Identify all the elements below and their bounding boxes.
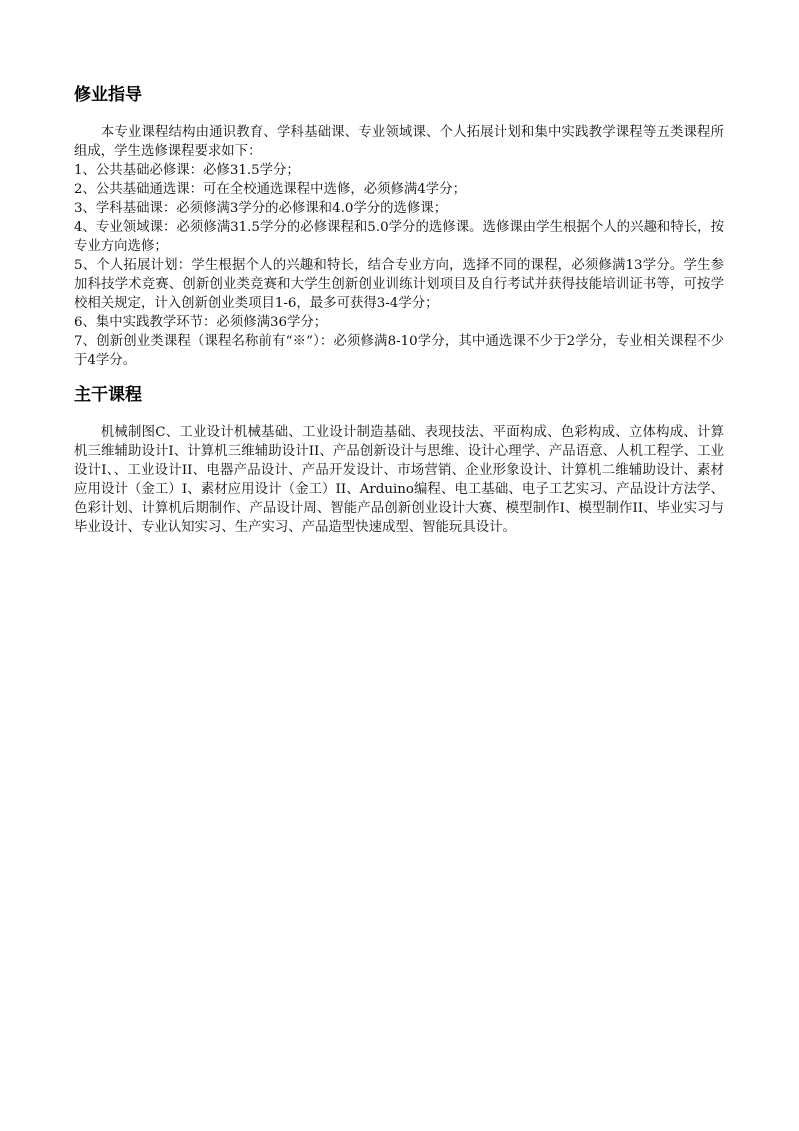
section-study-guidance: 修业指导 本专业课程结构由通识教育、学科基础课、专业领域课、个人拓展计划和集中实… [74,84,724,370]
section-heading: 修业指导 [74,84,724,106]
list-item: 2、公共基础通选课：可在全校通选课程中选修，必须修满4学分； [74,180,724,199]
intro-paragraph: 本专业课程结构由通识教育、学科基础课、专业领域课、个人拓展计划和集中实践教学课程… [74,123,724,161]
list-item: 4、专业领域课：必须修满31.5学分的必修课程和5.0学分的选修课。选修课由学生… [74,218,724,256]
document-page: 修业指导 本专业课程结构由通识教育、学科基础课、专业领域课、个人拓展计划和集中实… [74,84,724,537]
list-item: 3、学科基础课：必须修满3学分的必修课和4.0学分的选修课； [74,199,724,218]
core-courses-paragraph: 机械制图C、工业设计机械基础、工业设计制造基础、表现技法、平面构成、色彩构成、立… [74,423,724,537]
list-item: 7、创新创业类课程（课程名称前有“※”）：必须修满8-10学分，其中通选课不少于… [74,332,724,370]
section-core-courses: 主干课程 机械制图C、工业设计机械基础、工业设计制造基础、表现技法、平面构成、色… [74,384,724,537]
list-item: 6、集中实践教学环节：必须修满36学分； [74,313,724,332]
list-item: 5、个人拓展计划：学生根据个人的兴趣和特长，结合专业方向，选择不同的课程，必须修… [74,256,724,313]
list-item: 1、公共基础必修课：必修31.5学分； [74,161,724,180]
section-heading: 主干课程 [74,384,724,406]
